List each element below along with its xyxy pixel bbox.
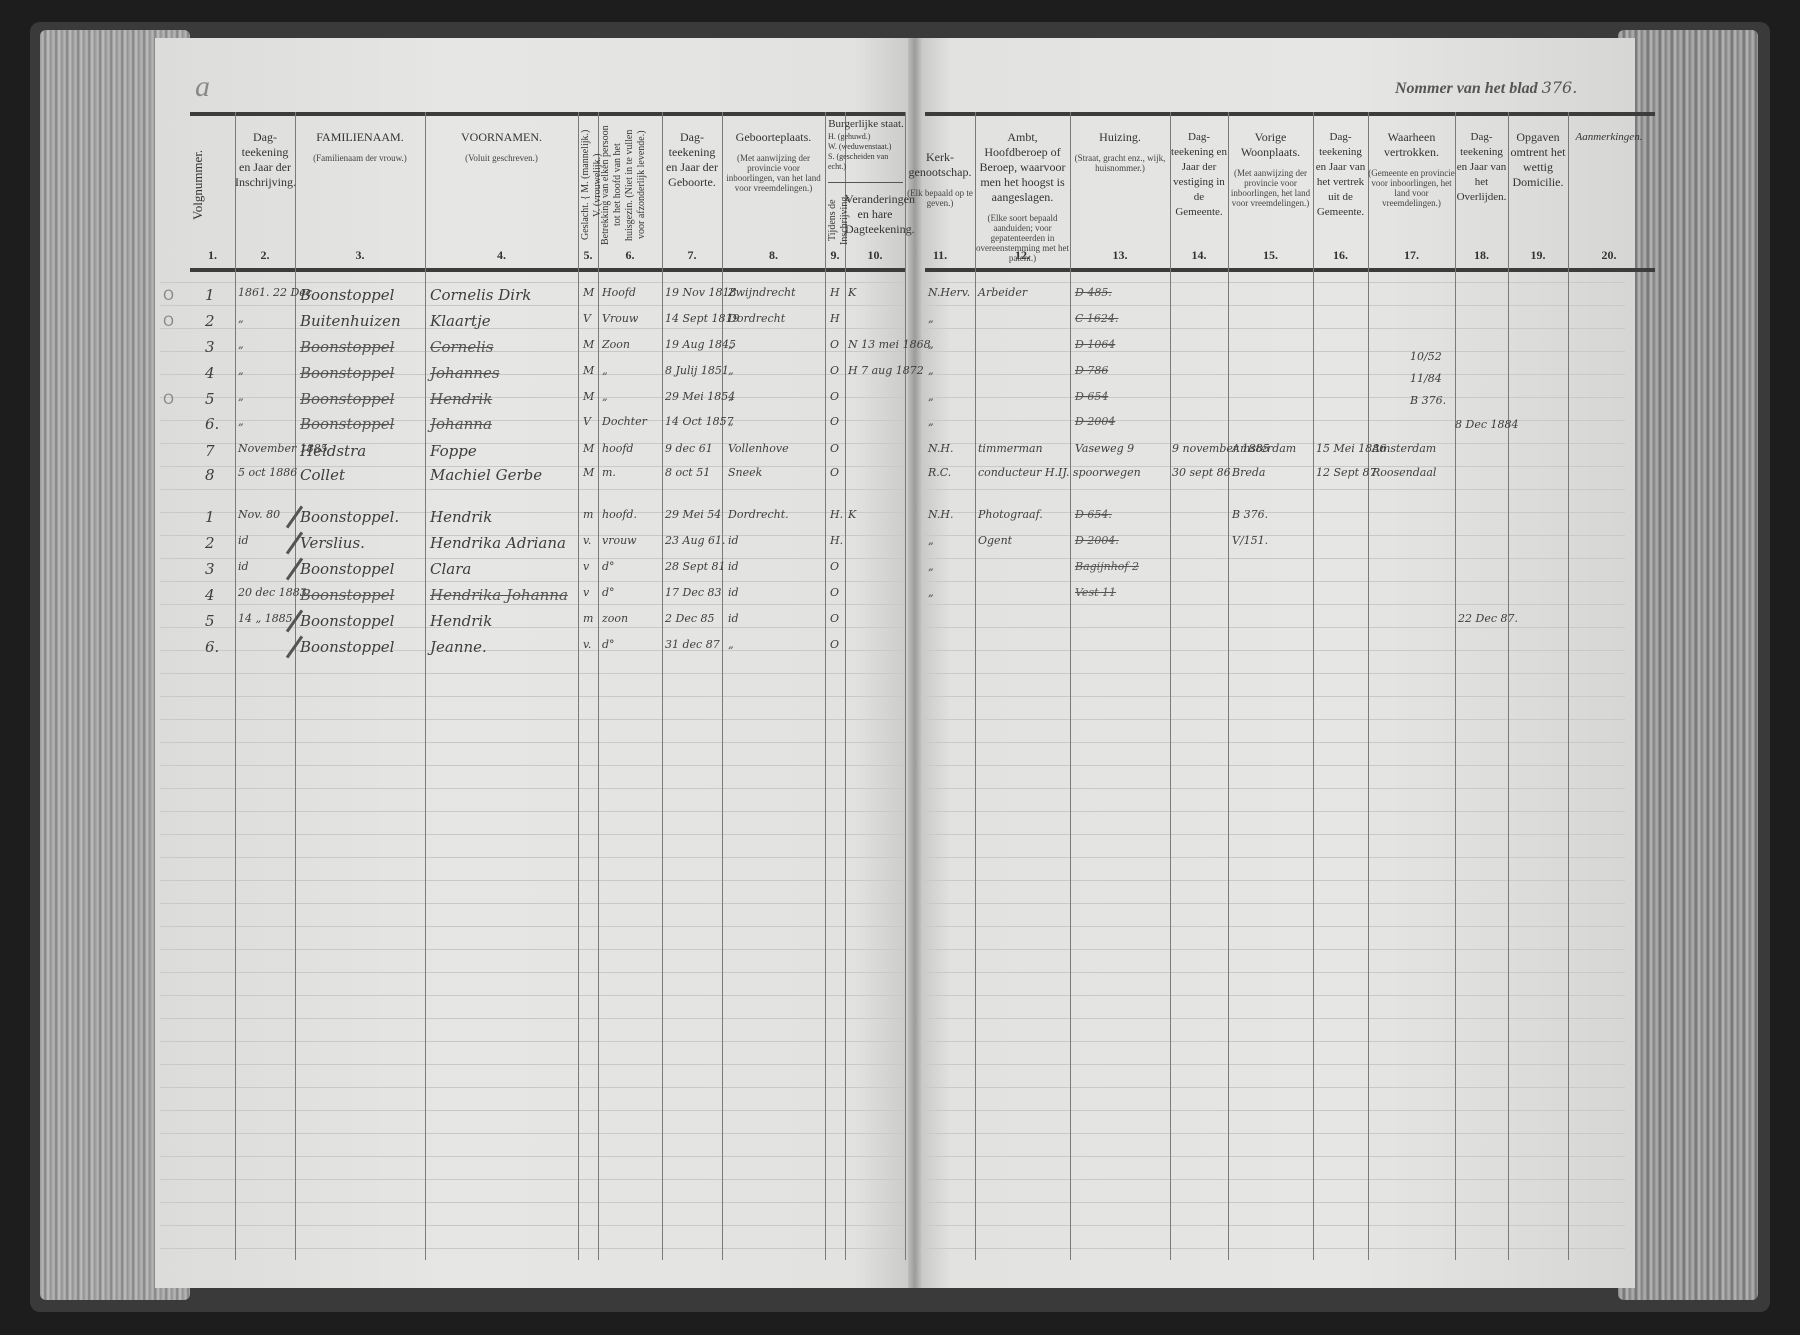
entry-sex: M [583, 286, 594, 299]
entry-birth-date: 2 Dec 85 [665, 612, 714, 625]
entry-sex: v. [583, 534, 591, 547]
column-number: 13. [1070, 248, 1170, 263]
ruled-line [160, 949, 905, 950]
entry-registration-date: Nov. 80 [238, 508, 280, 521]
entry-birth-date: 14 Oct 1857 [665, 415, 734, 428]
column-number: 14. [1170, 248, 1228, 263]
ruled-line [925, 742, 1625, 743]
entry-surname: Boonstoppel [300, 390, 394, 408]
ruled-line [925, 696, 1625, 697]
entry-surname: Buitenhuizen [300, 312, 401, 330]
entry-church: „ [928, 586, 934, 599]
column-divider [1228, 112, 1229, 1260]
entry-number: 8 [205, 466, 215, 484]
waarheen-annotation: 10/52 [1410, 350, 1442, 363]
entry-number: 5 [205, 612, 215, 630]
remark-annotation: 8 Dec 1884 [1455, 418, 1518, 431]
column-header-20: Aanmerkingen. [1568, 130, 1650, 145]
entry-birthplace: Vollenhove [728, 442, 789, 455]
entry-civil-status: O [830, 338, 839, 351]
entry-civil-status: O [830, 364, 839, 377]
entry-relation: d° [602, 586, 615, 599]
header-rule-top [190, 112, 905, 116]
entry-number: 2 [205, 534, 215, 552]
entry-given-names: Johanna [430, 415, 492, 433]
header-rule-bottom [190, 268, 905, 272]
header-title: Vorige Woonplaats. [1241, 130, 1300, 159]
entry-sex: v [583, 560, 589, 573]
entry-status-change: H 7 aug 1872 [848, 364, 924, 377]
entry-civil-status: H. [830, 508, 843, 521]
entry-given-names: Cornelis Dirk [430, 286, 531, 304]
entry-previous-residence: V/151. [1232, 534, 1268, 547]
header-title: Dag-teekening en Jaar van het Overlijden… [1457, 131, 1507, 203]
entry-destination: Amsterdam [1372, 442, 1436, 455]
entry-house: D 485. [1075, 286, 1112, 299]
circle-marker: O [163, 288, 174, 304]
column-divider [295, 112, 296, 1260]
entry-sex: m [583, 612, 593, 625]
entry-birth-date: 23 Aug 61. [665, 534, 726, 547]
column-header-5: Geslacht. { M. (mannelijk.) V. (vrouweli… [580, 125, 596, 245]
entry-church: „ [928, 415, 934, 428]
ruled-line [925, 627, 1625, 628]
entry-birth-date: 29 Mei 54 [665, 508, 721, 521]
ruled-line [160, 696, 905, 697]
column-number: 17. [1368, 248, 1455, 263]
ruled-line [925, 374, 1625, 375]
ruled-line [160, 558, 905, 559]
ruled-line [160, 995, 905, 996]
entry-sex: m [583, 508, 593, 521]
column-divider [598, 112, 599, 1260]
entry-surname: Boonstoppel [300, 364, 394, 382]
ruled-line [160, 765, 905, 766]
column-header-9: Tijdens de Inschrijving. [827, 190, 843, 250]
column-divider [235, 112, 236, 1260]
header-title: Waarheen vertrokken. [1384, 130, 1439, 159]
ruled-line [160, 1156, 905, 1157]
entry-relation: hoofd. [602, 508, 637, 521]
entry-birth-date: 19 Aug 1845 [665, 338, 736, 351]
entry-birth-date: 31 dec 87 [665, 638, 720, 651]
entry-number: 2 [205, 312, 215, 330]
ruled-line [925, 719, 1625, 720]
entry-church: „ [928, 312, 934, 325]
entry-given-names: Hendrika Adriana [430, 534, 566, 552]
entry-birth-date: 28 Sept 81 [665, 560, 726, 573]
entry-occupation: Arbeider [978, 286, 1027, 299]
ruled-line [160, 1202, 905, 1203]
entry-relation: Dochter [602, 415, 647, 428]
column-divider [722, 112, 723, 1260]
ruled-line [160, 397, 905, 398]
entry-registration-date: „ [238, 338, 244, 351]
entry-birthplace: „ [728, 338, 734, 351]
entry-birth-date: 8 Julij 1851 [665, 364, 729, 377]
ruled-line [925, 834, 1625, 835]
entry-birthplace: „ [728, 638, 734, 651]
ruled-line [160, 673, 905, 674]
column-number: 6. [598, 248, 662, 263]
header-title: FAMILIENAAM. [316, 130, 403, 144]
entry-birthplace: Zwijndrecht [728, 286, 796, 299]
column-divider [845, 112, 846, 1260]
entry-given-names: Foppe [430, 442, 477, 460]
column-divider [1070, 112, 1071, 1260]
entry-birthplace: „ [728, 364, 734, 377]
column-number: 7. [662, 248, 722, 263]
entry-previous-residence: B 376. [1232, 508, 1268, 521]
ruled-line [925, 1225, 1625, 1226]
entry-relation: hoofd [602, 442, 633, 455]
ruled-line [160, 719, 905, 720]
burgerlijke-staat-divider [828, 182, 903, 183]
entry-registration-date: „ [238, 364, 244, 377]
entry-given-names: Jeanne. [430, 638, 487, 656]
column-number: 20. [1568, 248, 1650, 263]
entry-surname: Boonstoppel. [300, 508, 399, 526]
entry-birthplace: id [728, 586, 739, 599]
entry-house: C 1624. [1075, 312, 1118, 325]
ruled-line [160, 420, 905, 421]
entry-sex: v. [583, 638, 591, 651]
entry-occupation: Photograaf. [978, 508, 1043, 521]
column-number: 9. [825, 248, 845, 263]
entry-civil-status: O [830, 390, 839, 403]
entry-surname: Boonstoppel [300, 638, 394, 656]
entry-sex: M [583, 442, 594, 455]
entry-church: N.H. [928, 508, 954, 521]
entry-occupation: timmerman [978, 442, 1043, 455]
ruled-line [925, 995, 1625, 996]
entry-surname: Boonstoppel [300, 612, 394, 630]
column-divider [662, 112, 663, 1260]
column-divider [578, 112, 579, 1260]
ruled-line [925, 328, 1625, 329]
ruled-line [160, 1179, 905, 1180]
entry-relation: Zoon [602, 338, 630, 351]
entry-surname: Heidstra [300, 442, 366, 460]
ruled-line [925, 351, 1625, 352]
column-divider [1170, 112, 1171, 1260]
entry-house: D 2004 [1075, 415, 1115, 428]
entry-number: 6. [205, 638, 219, 656]
column-divider [1568, 112, 1569, 1260]
entry-given-names: Hendrik [430, 612, 492, 630]
ruled-line [925, 788, 1625, 789]
entry-relation: „ [602, 390, 608, 403]
entry-number: 3 [205, 338, 215, 356]
ruled-line [160, 742, 905, 743]
ruled-line [160, 489, 905, 490]
ruled-line [160, 374, 905, 375]
ruled-line [925, 1202, 1625, 1203]
entry-house: D 786 [1075, 364, 1108, 377]
burgerlijke-staat-legend: W. (weduwenstaat.) [828, 142, 904, 152]
column-header-12: Ambt, Hoofdberoep of Beroep, waarvoor me… [975, 130, 1070, 263]
ruled-line [160, 1087, 905, 1088]
entry-surname: Boonstoppel [300, 286, 394, 304]
entry-house: D 1064 [1075, 338, 1115, 351]
ruled-line [160, 1225, 905, 1226]
header-rule-bottom [925, 268, 1655, 272]
entry-number: 7 [205, 442, 215, 460]
column-number: 5. [578, 248, 598, 263]
column-header-3: FAMILIENAAM.(Familienaam der vrouw.) [295, 130, 425, 163]
header-subtitle: (Voluit geschreven.) [425, 153, 578, 163]
header-title: Opgaven omtrent het wettig Domicilie. [1511, 130, 1566, 189]
entry-surname: Verslius. [300, 534, 365, 552]
entry-civil-status: H. [830, 534, 843, 547]
entry-number: 4 [205, 364, 215, 382]
header-subtitle: (Straat, gracht enz., wijk, huisnommer.) [1070, 153, 1170, 173]
entry-number: 1 [205, 508, 215, 526]
column-divider [425, 112, 426, 1260]
header-subtitle: (Elke soort bepaald aanduiden; voor gepa… [975, 213, 1070, 263]
entry-death-date: 22 Dec 87. [1458, 612, 1518, 625]
column-number: 15. [1228, 248, 1313, 263]
column-divider [825, 112, 826, 1260]
entry-sex: v [583, 586, 589, 599]
entry-house: Vest 11 [1075, 586, 1116, 599]
header-rule-top [925, 112, 1655, 116]
entry-given-names: Cornelis [430, 338, 494, 356]
column-divider [975, 112, 976, 1260]
entry-sex: M [583, 466, 594, 479]
entry-surname: Boonstoppel [300, 338, 394, 356]
ruled-line [160, 1064, 905, 1065]
burgerlijke-staat-legend: H. (gehuwd.) [828, 132, 904, 142]
header-title: Dag-teekening en Jaar der Geboorte. [666, 130, 718, 189]
ruled-line [925, 650, 1625, 651]
entry-birthplace: Sneek [728, 466, 762, 479]
entry-departure-date: 12 Sept 87 [1316, 466, 1377, 479]
ruled-line [925, 1133, 1625, 1134]
entry-church: „ [928, 560, 934, 573]
entry-previous-residence: Amsterdam [1232, 442, 1296, 455]
entry-house: D 2004. [1075, 534, 1119, 547]
circle-marker: O [163, 314, 174, 330]
header-subtitle: (Familienaam der vrouw.) [295, 153, 425, 163]
ruled-line [160, 328, 905, 329]
waarheen-annotation: B 376. [1410, 394, 1446, 407]
ruled-line [160, 1110, 905, 1111]
entry-civil-status: O [830, 612, 839, 625]
column-header-13: Huizing.(Straat, gracht enz., wijk, huis… [1070, 130, 1170, 173]
column-number: 3. [295, 248, 425, 263]
ruled-line [160, 811, 905, 812]
column-divider [1455, 112, 1456, 1260]
entry-given-names: Klaartje [430, 312, 491, 330]
ruled-line [160, 857, 905, 858]
entry-relation: zoon [602, 612, 628, 625]
entry-church: R.C. [928, 466, 951, 479]
entry-registration-date: id [238, 560, 249, 573]
ruled-line [925, 1156, 1625, 1157]
entry-church: „ [928, 338, 934, 351]
column-header-1: Volgnummer. [192, 125, 233, 245]
entry-registration-date: „ [238, 390, 244, 403]
ruled-line [925, 397, 1625, 398]
entry-church: „ [928, 390, 934, 403]
entry-church: N.Herv. [928, 286, 970, 299]
waarheen-annotation: 11/84 [1410, 372, 1442, 385]
ruled-line [925, 1064, 1625, 1065]
entry-given-names: Hendrik [430, 508, 492, 526]
ruled-line [925, 489, 1625, 490]
column-number: 11. [905, 248, 975, 263]
entry-sex: M [583, 338, 594, 351]
column-header-2: Dag-teekening en Jaar der Inschrijving. [235, 130, 295, 190]
ruled-line [160, 351, 905, 352]
ruled-line [160, 972, 905, 973]
sheet-number-label: Nommer van het blad 376. [1395, 78, 1577, 98]
entry-church: N.H. [928, 442, 954, 455]
corner-mark: a [195, 70, 210, 104]
column-divider [905, 112, 906, 1260]
header-title: Huizing. [1099, 130, 1141, 144]
entry-civil-status: O [830, 466, 839, 479]
entry-birth-date: 8 oct 51 [665, 466, 710, 479]
entry-birthplace: „ [728, 415, 734, 428]
ruled-line [925, 903, 1625, 904]
ruled-line [160, 788, 905, 789]
header-title: Geboorteplaats. [736, 130, 812, 144]
entry-status-change: K [848, 286, 856, 299]
entry-birth-date: 17 Dec 83 [665, 586, 721, 599]
ruled-line [160, 926, 905, 927]
entry-arrival-date: 30 sept 86 [1172, 466, 1231, 479]
ruled-line [160, 282, 905, 283]
sheet-number: 376. [1542, 78, 1578, 97]
entry-relation: „ [602, 364, 608, 377]
entry-number: 1 [205, 286, 215, 304]
entry-sex: M [583, 364, 594, 377]
header-title: VOORNAMEN. [461, 130, 542, 144]
circle-marker: O [163, 392, 174, 408]
entry-relation: d° [602, 638, 615, 651]
entry-birthplace: „ [728, 390, 734, 403]
header-title: Dag-teekening en Jaar der vestiging in d… [1171, 131, 1227, 218]
ruled-line [925, 1179, 1625, 1180]
entry-status-change: N 13 mei 1868 [848, 338, 931, 351]
header-subtitle: (Elk bepaald op te geven.) [905, 188, 975, 208]
header-title: Kerk-genootschap. [909, 150, 972, 179]
ruled-line [925, 604, 1625, 605]
column-number: 2. [235, 248, 295, 263]
page-edges-right [1618, 30, 1758, 1300]
entry-church: „ [928, 534, 934, 547]
entry-registration-date: „ [238, 415, 244, 428]
entry-house: Vaseweg 9 [1075, 442, 1134, 455]
ruled-line [925, 305, 1625, 306]
header-title: Dag-teekening en Jaar van het vertrek ui… [1316, 131, 1365, 218]
entry-given-names: Clara [430, 560, 471, 578]
entry-house: Bagijnhof 2 [1075, 560, 1139, 573]
ruled-line [925, 949, 1625, 950]
burgerlijke-staat-title: Burgerlijke staat. [828, 117, 904, 132]
column-number: 8. [722, 248, 825, 263]
column-header-19: Opgaven omtrent het wettig Domicilie. [1508, 130, 1568, 190]
entry-civil-status: O [830, 415, 839, 428]
column-header-8: Geboorteplaats.(Met aanwijzing der provi… [722, 130, 825, 193]
entry-number: 5 [205, 390, 215, 408]
ruled-line [925, 972, 1625, 973]
column-header-16: Dag-teekening en Jaar van het vertrek ui… [1313, 130, 1368, 220]
ruled-line [925, 1110, 1625, 1111]
entry-occupation: conducteur H.IJ. spoorwegen [978, 466, 1141, 479]
header-title: Aanmerkingen. [1576, 131, 1643, 143]
ruled-line [925, 558, 1625, 559]
entry-number: 6. [205, 415, 219, 433]
column-header-14: Dag-teekening en Jaar der vestiging in d… [1170, 130, 1228, 220]
entry-civil-status: O [830, 638, 839, 651]
ruled-line [925, 926, 1625, 927]
column-header-11: Kerk-genootschap.(Elk bepaald op te geve… [905, 150, 975, 208]
column-number: 16. [1313, 248, 1368, 263]
ruled-line [160, 1248, 905, 1249]
entry-relation: Hoofd [602, 286, 636, 299]
column-number: 1. [190, 248, 235, 263]
entry-registration-date: „ [238, 312, 244, 325]
entry-civil-status: O [830, 442, 839, 455]
ruled-line [160, 305, 905, 306]
column-number: 19. [1508, 248, 1568, 263]
entry-surname: Boonstoppel [300, 415, 394, 433]
entry-civil-status: O [830, 586, 839, 599]
ruled-line [925, 1041, 1625, 1042]
entry-previous-residence: Breda [1232, 466, 1265, 479]
ruled-line [160, 604, 905, 605]
entry-given-names: Johannes [430, 364, 500, 382]
entry-civil-status: O [830, 560, 839, 573]
entry-relation: vrouw [602, 534, 637, 547]
ruled-line [925, 857, 1625, 858]
ruled-line [925, 535, 1625, 536]
entry-civil-status: H [830, 286, 840, 299]
entry-number: 4 [205, 586, 215, 604]
entry-registration-date: 20 dec 1883 [238, 586, 307, 599]
ruled-line [925, 811, 1625, 812]
entry-sex: M [583, 390, 594, 403]
column-divider [1508, 112, 1509, 1260]
burgerlijke-staat-header: Burgerlijke staat.H. (gehuwd.)W. (weduwe… [828, 117, 904, 172]
entry-number: 3 [205, 560, 215, 578]
header-subtitle: (Met aanwijzing der provincie voor inboo… [722, 153, 825, 193]
entry-sex: V [583, 312, 591, 325]
entry-civil-status: H [830, 312, 840, 325]
ruled-line [925, 673, 1625, 674]
column-header-15: Vorige Woonplaats.(Met aanwijzing der pr… [1228, 130, 1313, 208]
header-subtitle: (Gemeente en provincie voor inboorlingen… [1368, 168, 1455, 208]
entry-birth-date: 29 Mei 1854 [665, 390, 735, 403]
entry-sex: V [583, 415, 591, 428]
ruled-line [925, 1248, 1625, 1249]
entry-surname: Boonstoppel [300, 586, 394, 604]
entry-birthplace: Dordrecht. [728, 508, 789, 521]
ruled-line [925, 420, 1625, 421]
ruled-line [925, 880, 1625, 881]
entry-birth-date: 19 Nov 1818 [665, 286, 736, 299]
ruled-line [160, 581, 905, 582]
header-title: Dag-teekening en Jaar der Inschrijving. [235, 130, 296, 189]
entry-church: „ [928, 364, 934, 377]
column-number: 4. [425, 248, 578, 263]
header-subtitle: (Met aanwijzing der provincie voor inboo… [1228, 168, 1313, 208]
entry-house: D 654. [1075, 508, 1112, 521]
ruled-line [160, 834, 905, 835]
